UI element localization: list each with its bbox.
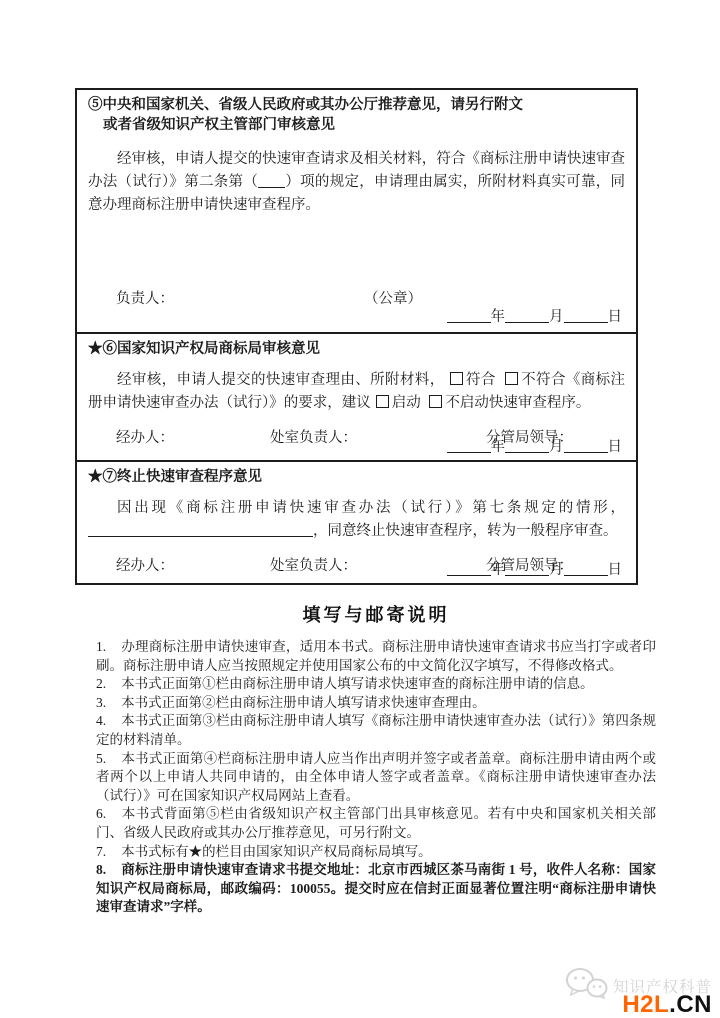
section-5-provincial-review: ⑤中央和国家机关、省级人民政府或其办公厅推荐意见，请另行附文 或者省级知识产权主… [77,90,636,332]
document-page: ⑤中央和国家机关、省级人民政府或其办公厅推荐意见，请另行附文 或者省级知识产权主… [0,0,720,1018]
day-blank-line [564,562,608,576]
section-6-date-line: 年月日 [447,435,623,456]
day-blank-line [564,309,608,323]
year-blank-line [447,439,491,453]
month-label: 月 [549,309,564,325]
item-text: 商标注册申请快速审查请求书提交地址：北京市西城区茶马南街 1 号，收件人名称：国… [96,862,656,914]
section-7-body: 因出现《商标注册申请快速审查办法（试行）》第七条规定的情形，，同意终止快速审查程… [88,497,625,543]
item-number: 5. [96,751,106,766]
item-text: 本书式正面第①栏由商标注册申请人填写请求快速审查的商标注册申请的信息。 [121,676,594,691]
not-start-label: 不启动快速审查程序。 [445,395,590,411]
section-7-heading: ★⑦终止快速审查程序意见 [88,467,625,487]
handler-label: 经办人： [116,554,174,575]
day-blank-line [564,439,608,453]
domain-main: H2L [622,991,669,1018]
circumstance-blank-line [88,523,313,537]
section-7-terminate-procedure: ★⑦终止快速审查程序意见 因出现《商标注册申请快速审查办法（试行）》第七条规定的… [77,460,636,583]
checkbox-start-icon [376,395,389,408]
official-seal-label: （公章） [364,287,422,308]
conform-label: 符合 [466,372,496,388]
handler-label: 经办人： [116,426,174,447]
year-label: 年 [491,439,506,455]
month-blank-line [505,439,549,453]
item-number: 8. [96,862,106,877]
section-6-body: 经审核，申请人提交的快速审查理由、所附材料，符合 不符合《商标注册申请快速审查办… [88,369,625,415]
year-blank-line [447,309,491,323]
day-label: 日 [608,439,623,455]
instruction-item-4: 4.本书式正面第③栏由商标注册申请人填写《商标注册申请快速审查办法（试行）》第四… [96,712,656,749]
item-number: 7. [96,844,106,859]
instruction-item-6: 6.本书式背面第⑤栏由省级知识产权主管部门出具审核意见。若有中央和国家机关相关部… [96,805,656,842]
month-blank-line [505,562,549,576]
item-text: 本书式正面第③栏由商标注册申请人填写《商标注册申请快速审查办法（试行）》第四条规… [96,713,656,747]
wechat-icon [564,967,608,1004]
section-6-trademark-office-review: ★⑥国家知识产权局商标局审核意见 经审核，申请人提交的快速审查理由、所附材料，符… [77,332,636,460]
item-number: 4. [96,713,106,728]
brand-watermark: 知识产权科普 H2L.CN [564,967,712,1016]
day-label: 日 [608,309,623,325]
section-6-body-seg1: 经审核，申请人提交的快速审查理由、所附材料， [117,372,445,388]
year-label: 年 [491,562,506,578]
checkbox-not-start-icon [429,395,442,408]
month-blank-line [505,309,549,323]
section-6-heading: ★⑥国家知识产权局商标局审核意见 [88,339,625,359]
month-label: 月 [549,562,564,578]
instruction-item-2: 2.本书式正面第①栏由商标注册申请人填写请求快速审查的商标注册申请的信息。 [96,675,656,694]
year-blank-line [447,562,491,576]
section-7-body-seg2: ，同意终止快速审查程序，转为一般程序审查。 [313,523,618,539]
instruction-item-7: 7.本书式标有★的栏目由国家知识产权局商标局填写。 [96,843,656,862]
section-7-date-line: 年月日 [447,558,623,579]
item-number: 6. [96,806,106,821]
item-number-blank-line [258,174,285,188]
item-text: 本书式正面第②栏由商标注册申请人填写请求快速审查理由。 [121,695,486,710]
item-text: 本书式标有★的栏目由国家知识产权局商标局填写。 [121,844,432,859]
item-number: 1. [96,639,106,654]
year-label: 年 [491,309,506,325]
responsible-person-label: 负责人： [116,287,174,308]
instruction-item-3: 3.本书式正面第②栏由商标注册申请人填写请求快速审查理由。 [96,694,656,713]
section-5-signer-row: 负责人： （公章） [88,287,625,307]
checkbox-conform-icon [450,372,463,385]
instructions-section: 填写与邮寄说明 1.办理商标注册申请快速审查，适用本书式。商标注册申请快速审查请… [96,601,656,917]
instruction-item-8: 8.商标注册申请快速审查请求书提交地址：北京市西城区茶马南街 1 号，收件人名称… [96,861,656,917]
section-5-heading-line2: 或者省级知识产权主管部门审核意见 [88,115,625,135]
item-number: 3. [96,695,106,710]
section-5-heading-line1: ⑤中央和国家机关、省级人民政府或其办公厅推荐意见，请另行附文 [88,95,625,115]
instruction-item-1: 1.办理商标注册申请快速审查，适用本书式。商标注册申请快速审查请求书应当打字或者… [96,638,656,675]
domain-suffix: .CN [669,991,712,1018]
item-text: 办理商标注册申请快速审查，适用本书式。商标注册申请快速审查请求书应当打字或者印刷… [96,639,656,673]
checkbox-not-conform-icon [505,372,518,385]
instructions-title: 填写与邮寄说明 [96,601,656,627]
section-5-date-line: 年月日 [447,305,623,326]
month-label: 月 [549,439,564,455]
division-head-label: 处室负责人： [270,426,357,447]
item-text: 本书式背面第⑤栏由省级知识产权主管部门出具审核意见。若有中央和国家机关相关部门、… [96,806,656,840]
form-box: ⑤中央和国家机关、省级人民政府或其办公厅推荐意见，请另行附文 或者省级知识产权主… [75,88,638,585]
section-5-body: 经审核，申请人提交的快速审查请求及相关材料，符合《商标注册申请快速审查办法（试行… [88,148,625,217]
item-text: 本书式正面第④栏商标注册申请人应当作出声明并签字或者盖章。商标注册申请由两个或者… [96,751,656,803]
start-label: 启动 [392,395,421,411]
day-label: 日 [608,562,623,578]
division-head-label: 处室负责人： [270,554,357,575]
section-7-body-seg1: 因出现《商标注册申请快速审查办法（试行）》第七条规定的情形， [117,500,625,516]
instruction-item-5: 5.本书式正面第④栏商标注册申请人应当作出声明并签字或者盖章。商标注册申请由两个… [96,750,656,806]
item-number: 2. [96,676,106,691]
